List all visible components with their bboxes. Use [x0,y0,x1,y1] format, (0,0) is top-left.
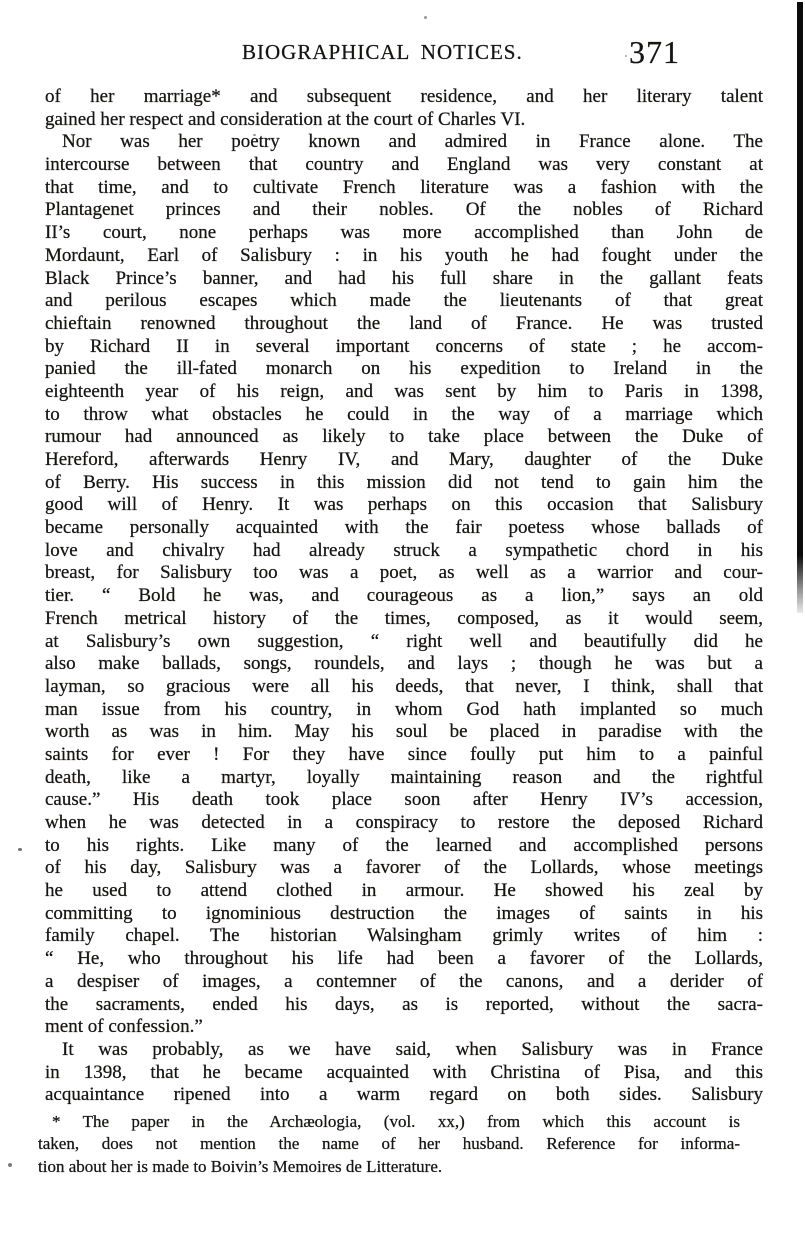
text-line: rumour had announced as likely to take p… [45,426,763,449]
footnote: * The paper in the Archæologia, (vol. xx… [38,1111,740,1178]
text-line: cause.” His death took place soon after … [45,789,763,812]
text-line: saints for ever ! For they have since fo… [45,744,763,767]
scan-edge-bar-fade [797,555,803,613]
text-line: Black Prince’s banner, and had his full … [45,268,763,291]
scan-edge-bar [797,2,803,555]
text-line: became personally acquainted with the fa… [45,517,763,540]
text-line: Nor was her poetry known and admired in … [45,131,763,154]
text-line: by Richard II in several important conce… [45,336,763,359]
text-line: committing to ignominious destruction th… [45,903,763,926]
text-line: intercourse between that country and Eng… [45,154,763,177]
text-line: chieftain renowned throughout the land o… [45,313,763,336]
scan-speck [424,16,427,19]
text-line: he used to attend clothed in armour. He … [45,880,763,903]
text-line: II’s court, none perhaps was more accomp… [45,222,763,245]
page-number: 371 [629,36,680,68]
text-line: * The paper in the Archæologia, (vol. xx… [38,1111,740,1133]
text-line: Plantagenet princes and their nobles. Of… [45,199,763,222]
running-head-title: BIOGRAPHICAL NOTICES. [242,41,523,63]
text-line: to throw what obstacles he could in the … [45,404,763,427]
scan-speck [253,134,256,136]
running-head: BIOGRAPHICAL NOTICES. 371 [0,0,805,80]
text-line: of Berry. His success in this mission di… [45,472,763,495]
text-line: when he was detected in a conspiracy to … [45,812,763,835]
text-line: tion about her is made to Boivin’s Memoi… [38,1156,740,1178]
text-line: of his day, Salisbury was a favorer of t… [45,857,763,880]
text-line: of her marriage* and subsequent residenc… [45,86,763,109]
scan-speck [18,848,22,851]
text-line: panied the ill-fated monarch on his expe… [45,358,763,381]
text-line: Hereford, afterwards Henry IV, and Mary,… [45,449,763,472]
text-line: It was probably, as we have said, when S… [45,1039,763,1062]
book-page: BIOGRAPHICAL NOTICES. 371 of her marriag… [0,0,805,1237]
text-line: at Salisbury’s own suggestion, “ right w… [45,631,763,654]
text-line: family chapel. The historian Walsingham … [45,925,763,948]
text-line: breast, for Salisbury too was a poet, as… [45,562,763,585]
text-line: that time, and to cultivate French liter… [45,177,763,200]
text-line: good will of Henry. It was perhaps on th… [45,494,763,517]
text-line: love and chivalry had already struck a s… [45,540,763,563]
scan-speck [625,55,627,57]
text-line: ment of confession.” [45,1016,763,1039]
text-line: tier. “ Bold he was, and courageous as a… [45,585,763,608]
text-line: Mordaunt, Earl of Salisbury : in his you… [45,245,763,268]
text-line: to his rights. Like many of the learned … [45,835,763,858]
text-line: taken, does not mention the name of her … [38,1133,740,1155]
body-text: of her marriage* and subsequent residenc… [45,86,763,1107]
text-line: gained her respect and consideration at … [45,109,763,132]
text-line: also make ballads, songs, roundels, and … [45,653,763,676]
text-line: French metrical history of the times, co… [45,608,763,631]
text-line: in 1398, that he became acquainted with … [45,1062,763,1085]
text-line: the sacraments, ended his days, as is re… [45,994,763,1017]
scan-speck [8,1163,12,1167]
text-line: worth as was in him. May his soul be pla… [45,721,763,744]
text-line: a despiser of images, a contemner of the… [45,971,763,994]
text-line: man issue from his country, in whom God … [45,699,763,722]
text-line: and perilous escapes which made the lieu… [45,290,763,313]
text-line: death, like a martyr, loyally maintainin… [45,767,763,790]
text-line: eighteenth year of his reign, and was se… [45,381,763,404]
text-line: layman, so gracious were all his deeds, … [45,676,763,699]
text-line: “ He, who throughout his life had been a… [45,948,763,971]
text-line: acquaintance ripened into a warm regard … [45,1084,763,1107]
